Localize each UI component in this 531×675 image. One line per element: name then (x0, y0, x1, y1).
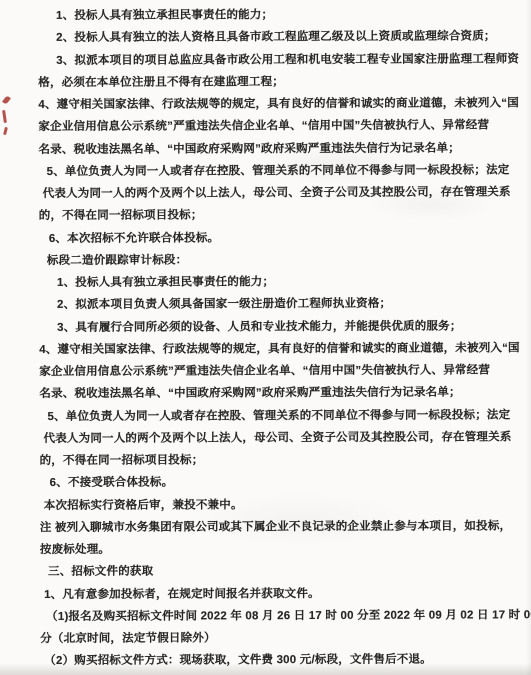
text-line: 4、遵守相关国家法律、行政法规等的规定，具有良好的信誉和诚实的商业道德，未被列入… (38, 92, 524, 116)
text-line: 名录、税收违法黑名单、“中国政府采购网”政府采购严重违法失信行为记录名单； (39, 382, 525, 406)
text-line: 6、本次招标不允许联合体投标。 (39, 226, 525, 250)
document-page: 1、投标人具有独立承担民事责任的能力； 2、投标人具有独立的法人资格且具备市政工… (0, 0, 531, 675)
text-line: 5、单位负责人为同一人或者存在控股、管理关系的不同单位不得参与同一标段投标；法定 (39, 159, 525, 183)
text-line: 按废标处理。 (40, 537, 526, 561)
text-line-content: 1、凡有意参加投标者，在规定时间报名并获取文件。 (44, 588, 320, 601)
text-line: 3、拟派本项目的项目总监应具备市政公用工程和机电安装工程专业国家注册监理工程师资 (38, 48, 524, 72)
text-line-content: 名录、税收违法黑名单、“中国政府采购网”政府采购严重违法失信行为记录名单； (38, 142, 459, 155)
text-line-content: 名录、税收违法黑名单、“中国政府采购网”政府采购严重违法失信行为记录名单； (39, 387, 460, 400)
text-line: 分（北京时间，法定节假日除外） (40, 626, 526, 650)
text-line-content: 2、拟派本项目负责人须具备国家一级注册造价工程师执业资格； (57, 298, 391, 311)
text-line: 名录、税收违法黑名单、“中国政府采购网”政府采购严重违法失信行为记录名单； (38, 137, 524, 161)
text-line: 2、拟派本项目负责人须具备国家一级注册造价工程师执业资格； (39, 293, 525, 317)
text-line: 6、不接受联合体投标。 (40, 471, 526, 495)
text-line-content: 6、本次招标不允许联合体投标。 (49, 232, 219, 245)
text-line: 4、遵守相关国家法律、行政法规等的规定，具有良好的信誉和诚实的商业道德，未被列入… (39, 337, 525, 361)
text-line-content: 代表人为同一人的两个及两个以上法人，母公司、全资子公司及其控股公司，存在管理关系 (43, 186, 511, 200)
text-line: 家企业信用信息公示系统”严重违法失信企业名单、“信用中国”失信被执行人、异常经营 (39, 359, 525, 383)
text-line-content: 本次招标实行资格后审，兼投不兼中。 (44, 499, 243, 512)
text-line: 家企业信用信息公示系统”严重违法失信企业名单、“信用中国”失信被执行人、异常经营 (38, 115, 524, 139)
scan-shadow-right (526, 0, 531, 675)
document-text-block: 1、投标人具有独立承担民事责任的能力； 2、投标人具有独立的法人资格且具备市政工… (38, 3, 526, 672)
text-line-content: （1)报名及购买招标文件时间 2022 年 08 月 26 日 17 时 00 … (46, 609, 531, 623)
text-line: 3、具有履行合同所必须的设备、人员和专业技术能力，并能提供优质的服务； (39, 315, 525, 339)
text-line-content: 三、招标文件的获取 (48, 566, 153, 578)
text-line-content: 1、投标人具有独立承担民事责任的能力； (56, 9, 273, 22)
text-line-content: 注 被列入聊城市水务集团有限公司或其下属企业不良记录的企业禁止参与本项目，如投标… (40, 520, 511, 534)
red-ink-mark (2, 110, 7, 123)
text-line-content: 分（北京时间，法定节假日除外） (40, 632, 216, 645)
text-line-content: 按废标处理。 (40, 544, 110, 556)
text-line: 5、单位负责人为同一人或者存在控股、管理关系的不同单位不得参与同一标段投标；法定 (39, 404, 525, 428)
text-line: 1、投标人具有独立承担民事责任的能力； (38, 3, 524, 27)
text-line-content: 家企业信用信息公示系统”严重违法失信企业名单、“信用中国”失信被执行人、异常经营 (38, 120, 489, 134)
text-line-content: 的，不得在同一招标项目投标； (40, 454, 204, 467)
text-line: 三、招标文件的获取 (40, 560, 526, 584)
red-ink-mark (3, 127, 8, 135)
text-line: 代表人为同一人的两个及两个以上法人，母公司、全资子公司及其控股公司，存在管理关系 (39, 426, 525, 450)
text-line-content: 4、遵守相关国家法律、行政法规等的规定，具有良好的信誉和诚实的商业道德，未被列入… (38, 97, 519, 111)
text-line: 的，不得在同一招标项目投标； (40, 448, 526, 472)
text-line-content: 家企业信用信息公示系统”严重违法失信企业名单、“信用中国”失信被执行人、异常经营 (39, 364, 490, 378)
text-line-content: 格，必须在本单位注册且不得有在建监理工程； (38, 76, 284, 89)
text-line-content: 1、投标人具有独立承担民事责任的能力； (57, 276, 274, 289)
text-line-content: 4、遵守相关国家法律、行政法规等的规定，具有良好的信誉和诚实的商业道德，未被列入… (39, 342, 520, 356)
text-line: 格，必须在本单位注册且不得有在建监理工程； (38, 70, 524, 94)
red-ink-mark (2, 95, 11, 104)
text-line-content: 的，不得在同一招标项目投标； (39, 210, 203, 223)
text-line: （1)报名及购买招标文件时间 2022 年 08 月 26 日 17 时 00 … (40, 604, 526, 628)
text-line-content: 代表人为同一人的两个及两个以上法人，母公司、全资子公司及其控股公司，存在管理关系 (43, 431, 511, 445)
text-line-content: （2）购买招标文件方式：现场获取，文件费 300 元/标段，文件售后不退。 (44, 654, 432, 667)
text-line-content: 3、拟派本项目的项目总监应具备市政公用工程和机电安装工程专业国家注册监理工程师资 (56, 53, 519, 67)
text-line-content: 6、不接受联合体投标。 (50, 477, 174, 489)
text-line-content: 5、单位负责人为同一人或者存在控股、管理关系的不同单位不得参与同一标段投标；法定 (47, 164, 510, 178)
text-line-content: 5、单位负责人为同一人或者存在控股、管理关系的不同单位不得参与同一标段投标；法定 (47, 409, 510, 423)
text-line: （2）购买招标文件方式：现场获取，文件费 300 元/标段，文件售后不退。 (40, 649, 526, 673)
text-line: 的，不得在同一招标项目投标； (39, 204, 525, 228)
text-line-content: 3、具有履行合同所必须的设备、人员和专业技术能力，并能提供优质的服务； (57, 320, 461, 333)
text-line: 注 被列入聊城市水务集团有限公司或其下属企业不良记录的企业禁止参与本项目，如投标… (40, 515, 526, 539)
text-line: 1、投标人具有独立承担民事责任的能力； (39, 270, 525, 294)
text-line: 2、投标人具有独立的法人资格且具备市政工程监理乙级及以上资质或监理综合资质； (38, 26, 524, 50)
text-line-content: 标段二造价跟踪审计标段： (47, 254, 187, 266)
text-line: 标段二造价跟踪审计标段： (39, 248, 525, 272)
text-line: 代表人为同一人的两个及两个以上法人，母公司、全资子公司及其控股公司，存在管理关系 (39, 181, 525, 205)
text-line-content: 2、投标人具有独立的法人资格且具备市政工程监理乙级及以上资质或监理综合资质； (56, 31, 496, 45)
text-line: 本次招标实行资格后审，兼投不兼中。 (40, 493, 526, 517)
text-line: 1、凡有意参加投标者，在规定时间报名并获取文件。 (40, 582, 526, 606)
